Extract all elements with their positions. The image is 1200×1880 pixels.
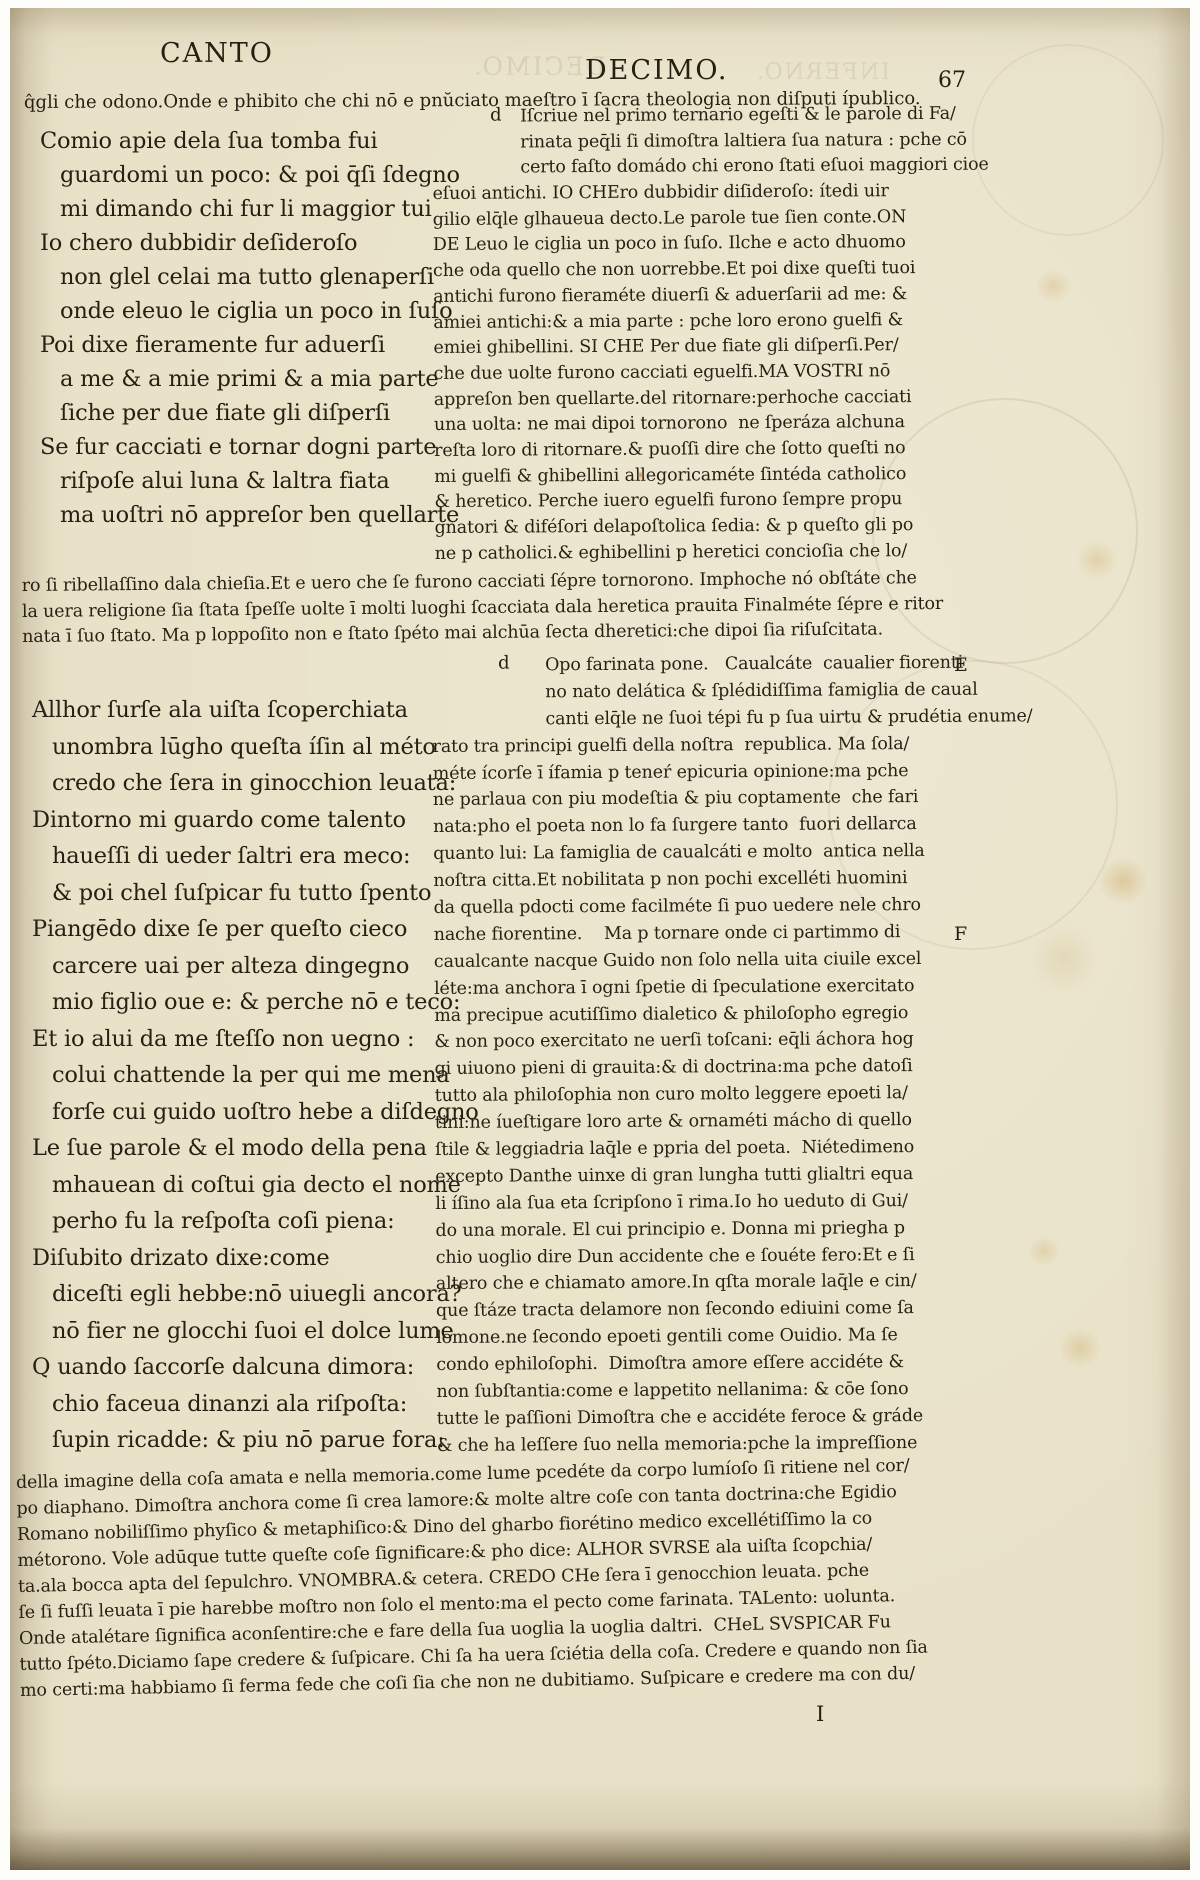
text-line: DE Leuo le ciglia un poco in ſuſo. Ilche…: [433, 230, 985, 259]
text-line: che oda quello che non uorrebbe.Et poi d…: [433, 256, 985, 285]
poem-column-1: Comio apie dela ſua tomba fuiguardomi un…: [40, 124, 432, 532]
foxing-stain: [1050, 1320, 1110, 1376]
foxing-stain: [1088, 848, 1158, 914]
text-line: certo faſto domádo chi erono ſtati eſuoi…: [432, 153, 984, 182]
text-line: ne parlaua con piu modeſtia & piu coptam…: [433, 784, 985, 814]
text-line: Poi dixe fieramente fur aduerſi: [40, 328, 432, 362]
text-line: excepto Danthe uinxe di gran lungha tutt…: [435, 1161, 987, 1191]
commentary-column-2: d Opo farinata pone. Caualcáte caualier …: [432, 650, 989, 1460]
foxing-stain: [1068, 533, 1126, 587]
text-line: Io chero dubbidir deſideroſo: [40, 226, 432, 260]
text-line: ma uoſtri nō appreſor ben quellarte: [40, 498, 432, 532]
text-line: do una morale. El cui principio e. Donna…: [435, 1214, 987, 1244]
text-line: gilio elq̄le glhaueua decto.Le parole tu…: [433, 204, 985, 233]
text-line: quanto lui: La famiglia de caualcáti e m…: [433, 838, 985, 868]
page-scan: DECIMO. INFERNO. CANTO DECIMO. 67 q̂gli …: [0, 0, 1200, 1880]
text-line: mio figlio oue e: & perche nō e teco:: [32, 984, 430, 1021]
text-line: nō fier ne glocchi ſuoi el dolce lume: [32, 1313, 430, 1350]
text-line: li íſino ala ſua eta ſcripſono ī rima.Io…: [435, 1187, 987, 1217]
text-line: diceſti egli hebbe:nō uiuegli ancora?: [32, 1276, 430, 1313]
bridge-paragraph-2: della imagine della coſa amata e nella m…: [16, 1452, 982, 1704]
commentary-lines-1: Iſcriue nel primo ternario egeſti & le p…: [432, 102, 987, 568]
text-line: Se fur cacciati e tornar dogni parte: [40, 430, 432, 464]
bridge-paragraph-1: ro ſi ribellaſſino dala chieſia.Et e uer…: [22, 566, 983, 651]
text-line: a me & a mie primi & a mia parte: [40, 362, 432, 396]
signature-mark: I: [816, 1702, 824, 1726]
paper-background: DECIMO. INFERNO. CANTO DECIMO. 67 q̂gli …: [10, 8, 1190, 1870]
text-line: que ſtáze tracta delamore non ſecondo ed…: [436, 1295, 988, 1325]
running-header-decimo: DECIMO.: [585, 55, 728, 86]
text-line: tutto ala philoſophia non curo molto leg…: [435, 1080, 987, 1110]
text-line: condo ephiloſophi. Dimoſtra amore eſſere…: [436, 1349, 988, 1379]
text-line: chio uoglio dire Dun accidente che e ſou…: [436, 1241, 988, 1271]
foxing-stain: [1022, 1230, 1066, 1272]
foxing-stain: [1028, 263, 1078, 309]
text-line: canti elq̄le ne ſuoi tépi fu p ſua uirtu…: [432, 703, 984, 733]
text-line: reſta loro di ritornare.& puoſſi dire ch…: [434, 436, 986, 465]
text-line: & non poco exercitato ne uerſi toſcani: …: [434, 1026, 986, 1056]
text-line: carcere uai per alteza dingegno: [32, 948, 430, 985]
commentary-column-1: d Iſcriue nel primo ternario egeſti & le…: [432, 102, 987, 568]
ring-mark: [972, 44, 1164, 236]
running-header-canto: CANTO: [160, 38, 274, 69]
text-line: mi guelfi & ghibellini allegoricaméte ſi…: [434, 461, 986, 490]
text-line: mhauean di coſtui gia decto el nome: [32, 1167, 430, 1204]
text-line: forſe cui guido uoſtro hebe a diſdegno: [32, 1094, 430, 1131]
text-line: non ſubſtantia:come e lappetito nellanim…: [436, 1376, 988, 1406]
text-line: caualcante nacque Guido non ſolo nella u…: [434, 945, 986, 975]
guide-initial-d: d: [432, 652, 545, 707]
text-line: eſuoi antichi. IO CHEro dubbidir diſider…: [432, 179, 984, 208]
text-line: Dintorno mi guardo come talento: [32, 802, 430, 839]
text-line: ſtile & leggiadria laq̄le e ppria del po…: [435, 1134, 987, 1164]
text-line: onde eleuo le ciglia un poco in ſuſo: [40, 294, 432, 328]
text-line: gi uiuono pieni di grauita:& di doctrina…: [434, 1053, 986, 1083]
text-line: emiei ghibellini. SI CHE Per due fiate g…: [433, 333, 985, 362]
text-line: Diſubito drizato dixe:come: [32, 1240, 430, 1277]
foxing-stain: [1018, 913, 1110, 1005]
text-line: Et io alui da me ſteſſo non uegno :: [32, 1021, 430, 1058]
text-line: da quella pdocti come facilméte ſi puo u…: [433, 892, 985, 922]
text-line: léte:ma anchora ī ogni ſpetie di ſpecula…: [434, 972, 986, 1002]
text-line: & heretico. Perche iuero eguelfi furono …: [434, 487, 986, 516]
text-line: appreſon ben quellarte.del ritornare:per…: [434, 384, 986, 413]
text-line: perho fu la reſpoſta coſi piena:: [32, 1203, 430, 1240]
text-line: nache fiorentine. Ma p tornare onde ci p…: [434, 919, 986, 949]
text-line: unombra lūgho queſta íſin al méto: [32, 729, 430, 766]
page-bottom-edge: [10, 1828, 1190, 1870]
text-line: haueſſi di ueder ſaltri era meco:: [32, 838, 430, 875]
text-line: credo che ſera in ginocchion leuata:: [32, 765, 430, 802]
text-line: amiei antichi:& a mia parte : pche loro …: [433, 307, 985, 336]
ghost-text: INFERNO.: [755, 60, 890, 85]
text-line: guardomi un poco: & poi q̄ſi ſdegno: [40, 158, 432, 192]
text-line: mi dimando chi fur li maggior tui: [40, 192, 432, 226]
text-line: lomone.ne ſecondo epoeti gentili come Ou…: [436, 1322, 988, 1352]
text-line: ſupin ricadde: & piu nō parue fora:: [32, 1422, 430, 1459]
text-line: tini:ne íueſtigare loro arte & ornaméti …: [435, 1107, 987, 1137]
text-line: Piangēdo dixe ſe per queſto cieco: [32, 911, 430, 948]
text-line: tutte le paſſioni Dimoſtra che e accidét…: [437, 1403, 989, 1433]
text-line: una uolta: ne mai dipoi tornorono ne ſpe…: [434, 410, 986, 439]
text-line: méte ícorſe ī ífamia p teneŕ epicuria op…: [433, 757, 985, 787]
text-line: noſtra citta.Et nobilitata p non pochi e…: [433, 865, 985, 895]
text-line: Allhor ſurſe ala uiſta ſcoperchiata: [32, 692, 430, 729]
text-line: & poi chel ſuſpicar fu tutto ſpento: [32, 875, 430, 912]
text-line: chio faceua dinanzi ala riſpoſta:: [32, 1386, 430, 1423]
margin-letter-e: E: [954, 654, 968, 676]
text-line: altero che e chiamato amore.In qſta mora…: [436, 1268, 988, 1298]
text-line: rato tra principi guelfi della noſtra re…: [432, 730, 984, 760]
text-line: antichi furono fieraméte diuerſi & aduer…: [433, 281, 985, 310]
text-line: nata:pho el poeta non lo fa ſurgere tant…: [433, 811, 985, 841]
text-line: Le ſue parole & el modo della pena: [32, 1130, 430, 1167]
text-line: non glel celai ma tutto glenaperſi: [40, 260, 432, 294]
text-line: colui chattende la per qui me mena: [32, 1057, 430, 1094]
text-line: Q uando ſaccorſe dalcuna dimora:: [32, 1349, 430, 1386]
poem-column-2: Allhor ſurſe ala uiſta ſcoperchiataunomb…: [32, 692, 430, 1459]
guide-initial-d: d: [432, 104, 520, 157]
text-line: gnatori & diféſori delapoſtolica ſedia: …: [435, 513, 987, 542]
text-line: che due uolte furono cacciati eguelfi.MA…: [434, 358, 986, 387]
text-line: ſiche per due fiate gli diſperſi: [40, 396, 432, 430]
text-line: Comio apie dela ſua tomba fui: [40, 124, 432, 158]
text-line: riſpoſe alui luna & laltra fiata: [40, 464, 432, 498]
commentary-lines-2: Opo farinata pone. Caualcáte caualier fi…: [432, 650, 989, 1460]
text-line: ne p catholici.& eghibellini p heretici …: [435, 538, 987, 567]
text-line: ma precipue acutiſſimo dialetico & philo…: [434, 999, 986, 1029]
margin-letter-f: F: [954, 923, 967, 945]
